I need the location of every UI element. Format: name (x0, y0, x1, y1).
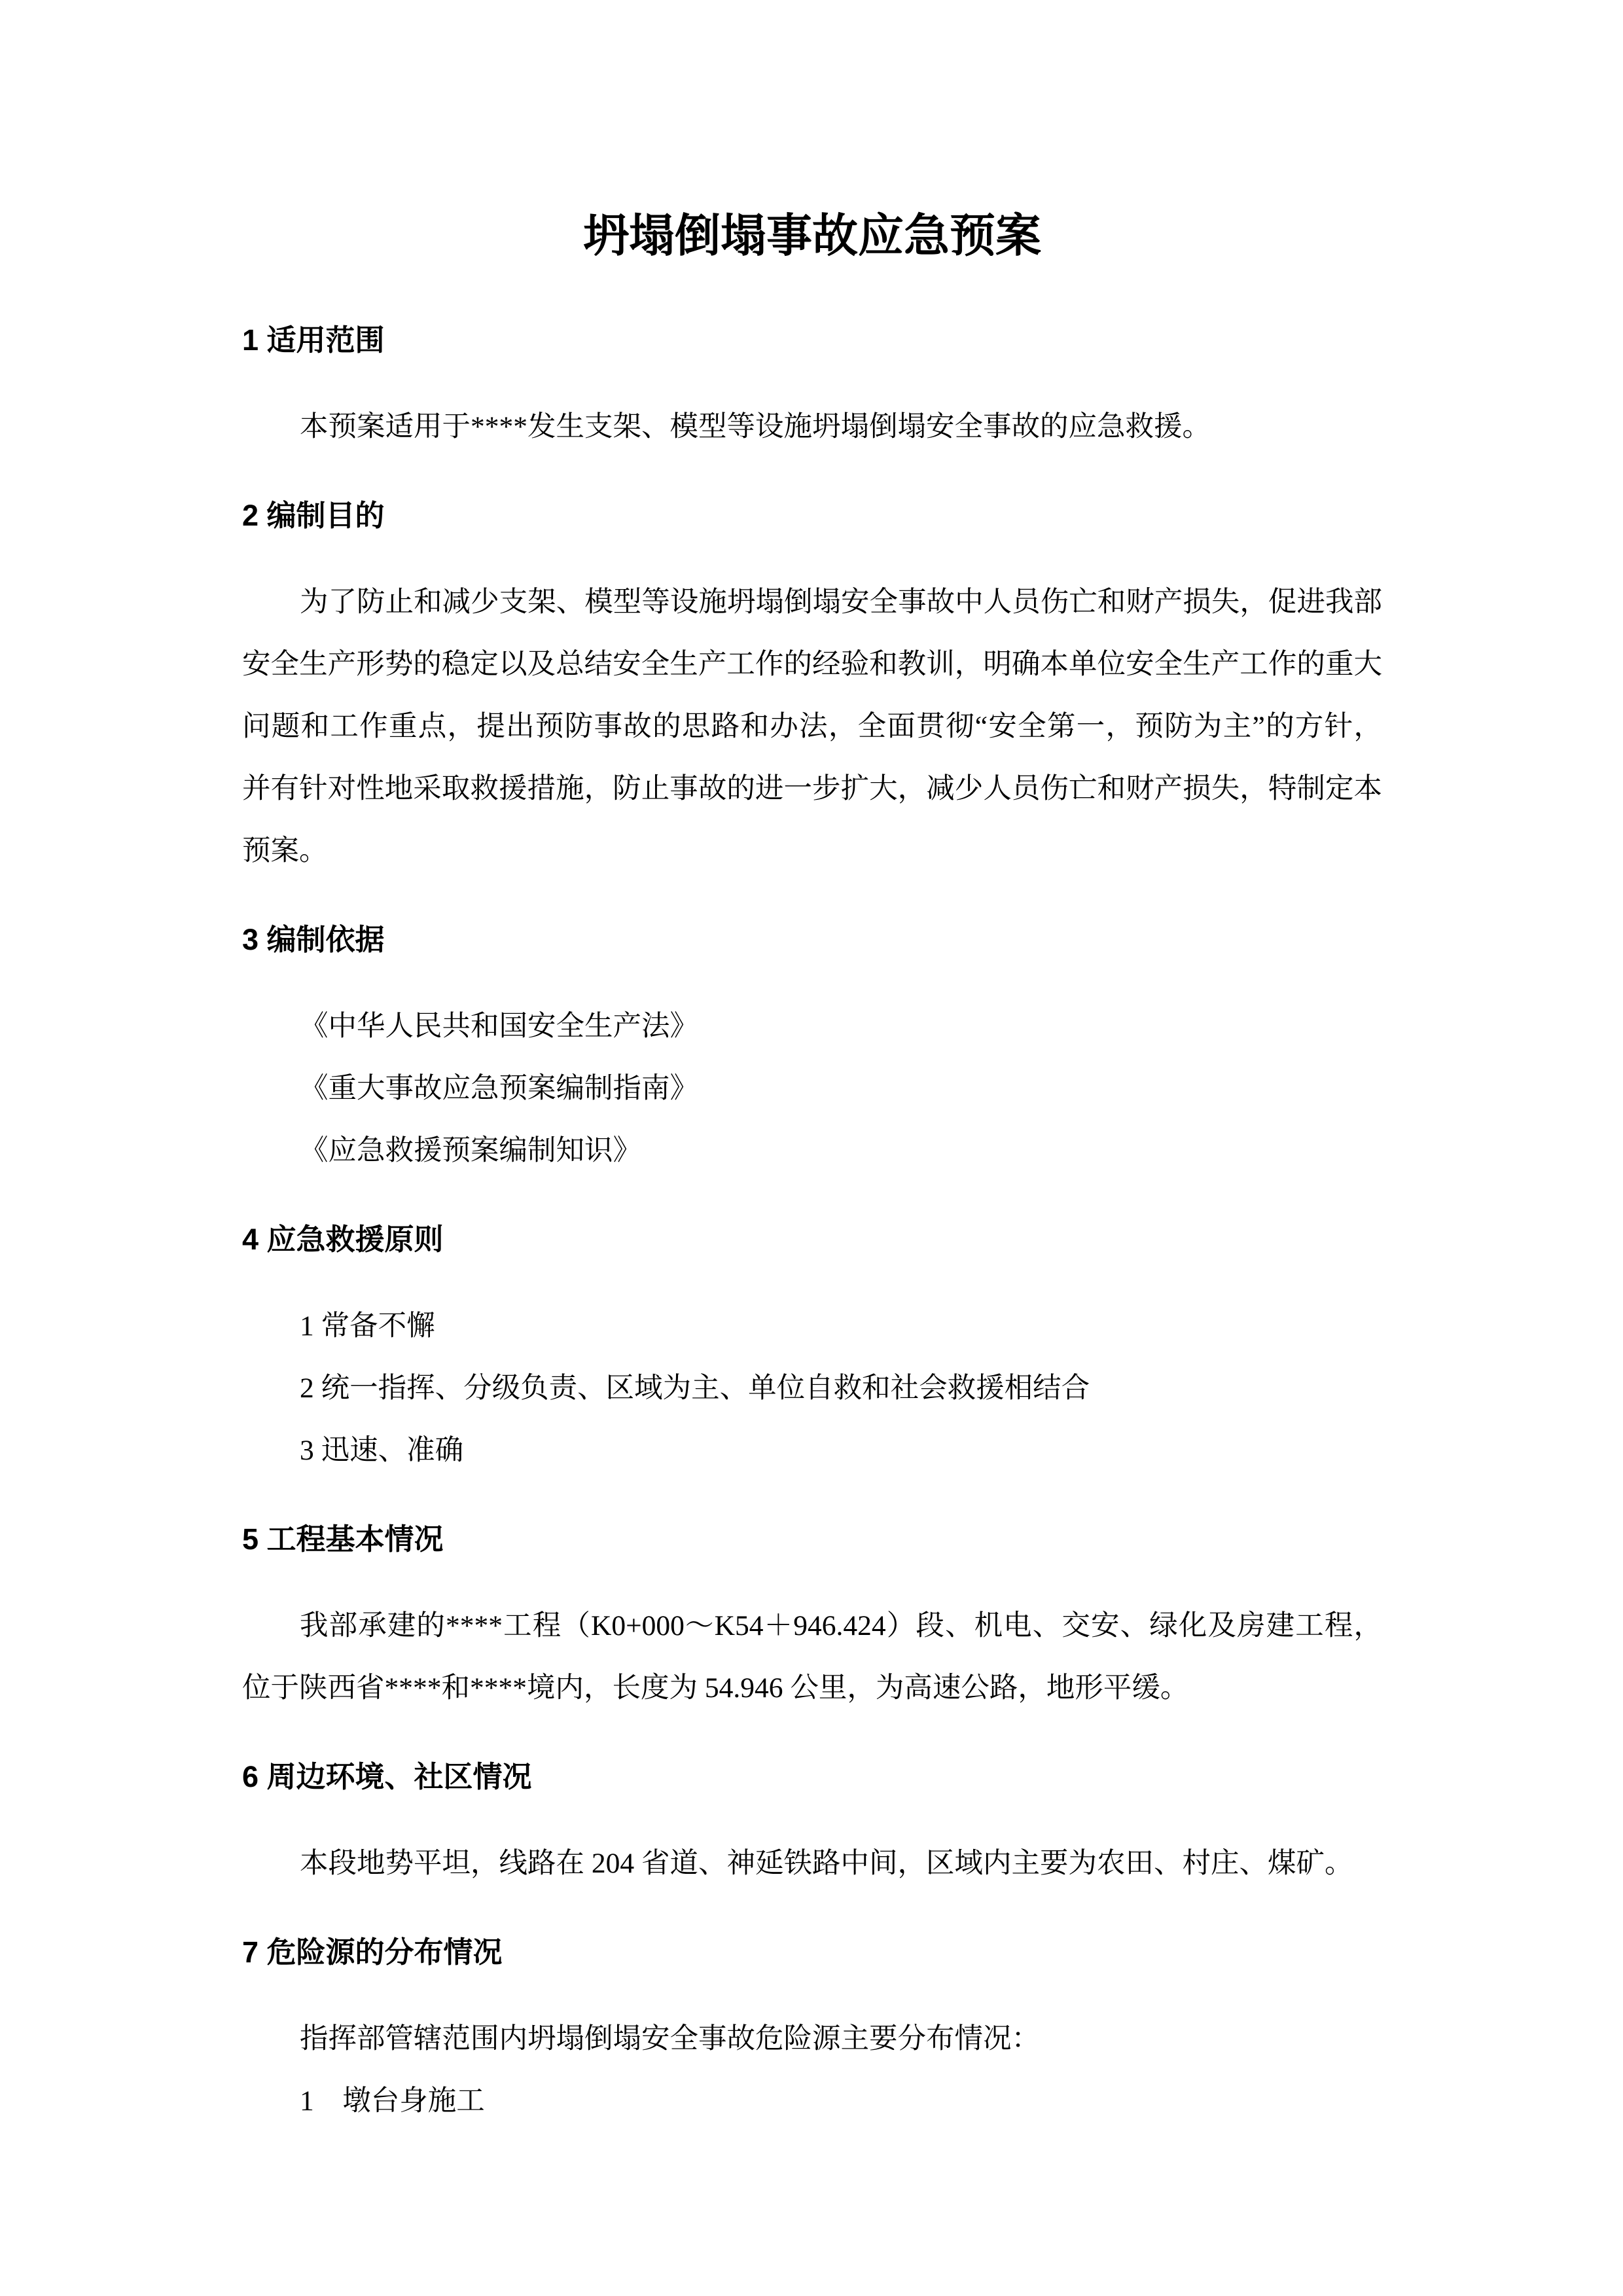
paragraph: 本段地势平坦，线路在 204 省道、神延铁路中间，区域内主要为农田、村庄、煤矿。 (242, 1833, 1382, 1895)
list-item: 3 迅速、准确 (242, 1420, 1382, 1482)
section-heading: 2 编制目的 (242, 484, 1382, 547)
section-hazard-distribution: 7 危险源的分布情况 指挥部管辖范围内坍塌倒塌安全事故危险源主要分布情况： 1 … (242, 1921, 1382, 2132)
paragraph: 我部承建的****工程（K0+000～K54＋946.424）段、机电、交安、绿… (242, 1595, 1382, 1719)
section-purpose: 2 编制目的 为了防止和减少支架、模型等设施坍塌倒塌安全事故中人员伤亡和财产损失… (242, 484, 1382, 882)
list-item: 2 统一指挥、分级负责、区域为主、单位自救和社会救援相结合 (242, 1357, 1382, 1420)
section-principles: 4 应急救援原则 1 常备不懈 2 统一指挥、分级负责、区域为主、单位自救和社会… (242, 1208, 1382, 1482)
section-heading: 3 编制依据 (242, 908, 1382, 971)
list-item: 《重大事故应急预案编制指南》 (242, 1058, 1382, 1120)
reference-list: 《中华人民共和国安全生产法》 《重大事故应急预案编制指南》 《应急救援预案编制知… (242, 996, 1382, 1182)
section-project-overview: 5 工程基本情况 我部承建的****工程（K0+000～K54＋946.424）… (242, 1508, 1382, 1719)
document-page: 坍塌倒塌事故应急预案 1 适用范围 本预案适用于****发生支架、模型等设施坍塌… (0, 0, 1623, 2296)
paragraph-line: 本预案适用于****发生支架、模型等设施坍塌倒塌安全事故的应急救援。 (242, 396, 1382, 458)
paragraph-line: 本段地势平坦，线路在 204 省道、神延铁路中间，区域内主要为农田、村庄、煤矿。 (242, 1833, 1382, 1895)
paragraph: 本预案适用于****发生支架、模型等设施坍塌倒塌安全事故的应急救援。 (242, 396, 1382, 458)
paragraph: 为了防止和减少支架、模型等设施坍塌倒塌安全事故中人员伤亡和财产损失，促进我部 安… (242, 571, 1382, 882)
section-surroundings: 6 周边环境、社区情况 本段地势平坦，线路在 204 省道、神延铁路中间，区域内… (242, 1746, 1382, 1895)
paragraph-line: 并有针对性地采取救援措施，防止事故的进一步扩大，减少人员伤亡和财产损失，特制定本 (242, 758, 1382, 820)
paragraph-line: 问题和工作重点，提出预防事故的思路和办法，全面贯彻“安全第一，预防为主”的方针， (242, 696, 1382, 758)
paragraph-line: 预案。 (242, 820, 1382, 882)
paragraph-line: 为了防止和减少支架、模型等设施坍塌倒塌安全事故中人员伤亡和财产损失，促进我部 (242, 571, 1382, 634)
list-item: 1 常备不懈 (242, 1295, 1382, 1357)
section-heading: 4 应急救援原则 (242, 1208, 1382, 1270)
list-item: 1 墩台身施工 (242, 2070, 1382, 2132)
section-heading: 1 适用范围 (242, 309, 1382, 371)
paragraph: 指挥部管辖范围内坍塌倒塌安全事故危险源主要分布情况： 1 墩台身施工 (242, 2008, 1382, 2132)
section-scope: 1 适用范围 本预案适用于****发生支架、模型等设施坍塌倒塌安全事故的应急救援… (242, 309, 1382, 458)
paragraph-line: 我部承建的****工程（K0+000～K54＋946.424）段、机电、交安、绿… (242, 1595, 1382, 1657)
paragraph-line: 位于陕西省****和****境内，长度为 54.946 公里，为高速公路，地形平… (242, 1657, 1382, 1719)
paragraph-line: 指挥部管辖范围内坍塌倒塌安全事故危险源主要分布情况： (242, 2008, 1382, 2070)
section-basis: 3 编制依据 《中华人民共和国安全生产法》 《重大事故应急预案编制指南》 《应急… (242, 908, 1382, 1182)
paragraph-line: 安全生产形势的稳定以及总结安全生产工作的经验和教训，明确本单位安全生产工作的重大 (242, 634, 1382, 696)
principle-list: 1 常备不懈 2 统一指挥、分级负责、区域为主、单位自救和社会救援相结合 3 迅… (242, 1295, 1382, 1482)
list-item: 《中华人民共和国安全生产法》 (242, 996, 1382, 1058)
section-heading: 5 工程基本情况 (242, 1508, 1382, 1570)
document-title: 坍塌倒塌事故应急预案 (242, 203, 1382, 268)
section-heading: 6 周边环境、社区情况 (242, 1746, 1382, 1808)
list-item: 《应急救援预案编制知识》 (242, 1120, 1382, 1182)
section-heading: 7 危险源的分布情况 (242, 1921, 1382, 1983)
